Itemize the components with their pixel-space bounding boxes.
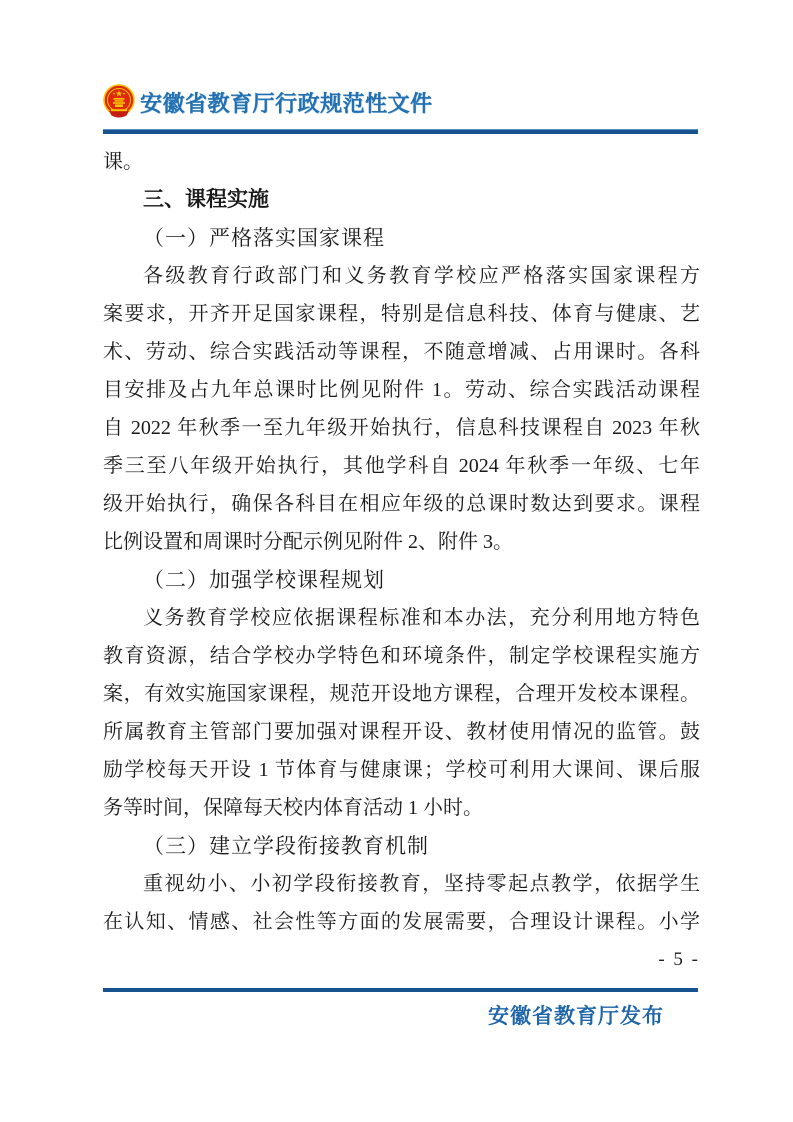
body-line: 自 2022 年秋季一至九年级开始执行，信息科技课程自 2023 年秋 — [103, 409, 700, 447]
body-line: 教育资源，结合学校办学特色和环境条件，制定学校课程实施方 — [103, 637, 700, 675]
body-line: 义务教育学校应依据课程标准和本办法，充分利用地方特色 — [103, 599, 700, 637]
subsection-heading: （一）严格落实国家课程 — [103, 219, 700, 257]
section-heading: 三、课程实施 — [103, 181, 700, 219]
body-line: 目安排及占九年总课时比例见附件 1。劳动、综合实践活动课程 — [103, 371, 700, 409]
body-line: 比例设置和周课时分配示例见附件 2、附件 3。 — [103, 523, 700, 561]
body-line: 课。 — [103, 143, 700, 181]
publisher-label: 安徽省教育厅发布 — [488, 1005, 664, 1028]
body-line: 所属教育主管部门要加强对课程开设、教材使用情况的监管。鼓 — [103, 713, 700, 751]
body-line: 励学校每天开设 1 节体育与健康课；学校可利用大课间、课后服 — [103, 751, 700, 789]
body-line: 在认知、情感、社会性等方面的发展需要，合理设计课程。小学 — [103, 903, 700, 941]
body-line: 重视幼小、小初学段衔接教育，坚持零起点教学，依据学生 — [103, 865, 700, 903]
body-line: 案要求，开齐开足国家课程，特别是信息科技、体育与健康、艺 — [103, 295, 700, 333]
document-footer: 安徽省教育厅发布 — [103, 1000, 664, 1030]
header-rule — [103, 129, 698, 134]
document-header-title: 安徽省教育厅行政规范性文件 — [140, 87, 433, 118]
body-line: 级开始执行，确保各科目在相应年级的总课时数达到要求。课程 — [103, 485, 700, 523]
body-line: 务等时间，保障每天校内体育活动 1 小时。 — [103, 789, 700, 827]
national-emblem-icon — [103, 84, 135, 120]
subsection-heading: （三）建立学段衔接教育机制 — [103, 827, 700, 865]
document-header: 安徽省教育厅行政规范性文件 — [103, 84, 700, 120]
body-line: 季三至八年级开始执行，其他学科自 2024 年秋季一年级、七年 — [103, 447, 700, 485]
body-line: 各级教育行政部门和义务教育学校应严格落实国家课程方 — [103, 257, 700, 295]
body-line: 术、劳动、综合实践活动等课程，不随意增减、占用课时。各科 — [103, 333, 700, 371]
subsection-heading: （二）加强学校课程规划 — [103, 561, 700, 599]
document-body: 课。三、课程实施（一）严格落实国家课程各级教育行政部门和义务教育学校应严格落实国… — [103, 143, 700, 979]
body-line: 案，有效实施国家课程，规范开设地方课程，合理开发校本课程。 — [103, 675, 700, 713]
footer-rule — [103, 988, 698, 992]
page-number: - 5 - — [103, 941, 700, 979]
document-page: { "header": { "title": "安徽省教育厅行政规范性文件", … — [0, 0, 793, 1122]
